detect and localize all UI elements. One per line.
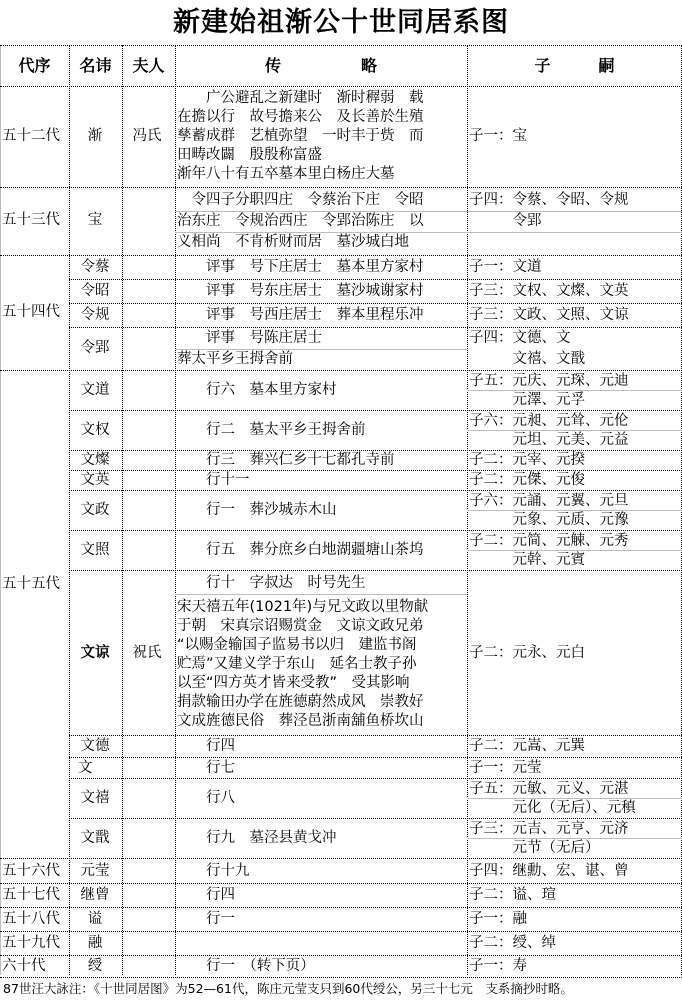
biography-line: 广公避乱之新建时 渐时稺弱 载 <box>177 89 424 108</box>
biography-line: 田畴改闢 殷殷称富盛 <box>177 146 322 165</box>
person-name: 绶 <box>69 957 121 976</box>
generation-label: 五十八代 <box>2 910 68 929</box>
grid-line <box>69 530 682 531</box>
generation-label: 六十代 <box>2 957 68 976</box>
sons-entry: 子六：元誦、元翼、元旦 <box>469 492 629 511</box>
sons-entry: 子一：融 <box>469 910 527 929</box>
grid-line <box>0 255 682 256</box>
person-name: 令郢 <box>69 339 121 358</box>
generation-label: 五十七代 <box>2 886 68 905</box>
generation-label: 五十三代 <box>2 211 68 230</box>
sons-entry: 元坦、元美、元益 <box>469 431 629 450</box>
sons-entry: 元澤、元孚 <box>469 391 585 410</box>
person-name: 令昭 <box>69 282 121 301</box>
biography-line: 孳蓄成群 艺植弥望 一时丰于赀 而 <box>177 127 424 146</box>
person-name: 文英 <box>69 471 121 490</box>
page-title: 新建始祖渐公十世同居系图 <box>0 0 682 45</box>
sons-entry: 文禧、文戬 <box>469 350 585 369</box>
biography-line: 渐年八十有五卒墓本里白杨庄大墓 <box>177 165 395 184</box>
header-biography: 传 略 <box>175 45 467 86</box>
grid-line <box>0 370 682 371</box>
person-name: 文照 <box>69 541 121 560</box>
biography-line: 评事 号下庄居士 墓本里方家村 <box>177 258 424 277</box>
sons-entry: 元幹、元賓 <box>469 551 585 570</box>
sons-entry: 子二：元宰、元揆 <box>469 451 585 470</box>
grid-line <box>0 86 682 87</box>
biography-line: 行四 <box>177 886 235 905</box>
grid-line <box>0 187 682 188</box>
grid-line <box>0 45 682 46</box>
sons-entry: 子一：寿 <box>469 957 527 976</box>
generation-label: 五十六代 <box>2 862 68 881</box>
grid-line <box>0 931 682 932</box>
sons-entry: 子二：元永、元白 <box>469 644 585 663</box>
grid-line <box>69 757 682 758</box>
biography-line: 评事 号西庄居士 葬本里程乐冲 <box>177 306 424 325</box>
biography-line: 以至“四方英才皆来受教” 受其影响 <box>177 674 410 693</box>
sons-entry: 子二：元傑、元俊 <box>469 471 585 490</box>
biography-line: 行八 <box>177 789 235 808</box>
person-name: 文戬 <box>69 829 121 848</box>
sons-entry: 子二：元简、元觫、元秀 <box>469 532 629 551</box>
person-name: 令蔡 <box>69 258 121 277</box>
grid-line <box>175 45 176 975</box>
biography-line: 行十一 <box>177 471 250 490</box>
sons-entry: 子二：谥、瑄 <box>469 886 556 905</box>
biography-line: 行十九 <box>177 862 250 881</box>
biography-line: 行九 墓泾县黄戈冲 <box>177 829 337 848</box>
sons-entry: 元象、元质、元豫 <box>469 511 629 530</box>
grid-line <box>0 858 682 859</box>
biography-line: 行一 <box>177 910 235 929</box>
grid-line <box>0 907 682 908</box>
sons-entry: 子一：文道 <box>469 258 542 277</box>
biography-line: 治东庄 令规治西庄 令郢治陈庄 以 <box>177 212 424 231</box>
biography-line: 文成旌德民俗 葬泾邑浙南舖鱼桥坎山 <box>177 712 424 731</box>
biography-line: 义相尚 不肯析财而居 墓沙城白地 <box>177 233 409 252</box>
grid-line <box>69 735 682 736</box>
sons-entry: 元节（无后） <box>469 839 600 858</box>
grid-line <box>69 279 682 280</box>
person-name: 渐 <box>69 127 121 146</box>
generation-label: 五十四代 <box>2 303 68 322</box>
grid-line <box>0 883 682 884</box>
biography-line: 令四子分职四庄 令蔡治下庄 令昭 <box>177 191 424 210</box>
biography-line: “以赐金输国子监易书以归 建监书阁 <box>177 636 417 655</box>
biography-line: 评事 号陈庄居士 <box>177 329 322 348</box>
header-sons: 子 嗣 <box>467 45 682 86</box>
header-generation: 代序 <box>0 45 69 86</box>
sons-entry: 子四：继勳、宏、谌、曾 <box>469 862 629 881</box>
biography-line: 贮焉”又建义学于东山 延名士教子孙 <box>177 655 417 674</box>
grid-line <box>69 778 682 779</box>
grid-line <box>122 45 123 975</box>
sons-entry: 子二：元嵩、元巽 <box>469 737 585 756</box>
sons-entry: 令郢 <box>469 212 542 231</box>
biography-line: 行五 葬分庶乡白地湖疆塘山茶坞 <box>177 541 424 560</box>
person-name: 文权 <box>69 421 121 440</box>
grid-line <box>69 410 682 411</box>
wife-name: 祝氏 <box>122 644 172 663</box>
sons-entry: 子五：元庆、元琛、元迪 <box>469 372 629 391</box>
biography-line: 行三 葬兴仁乡十七都孔寺前 <box>177 451 395 470</box>
person-name: 令规 <box>69 306 121 325</box>
person-name: 元莹 <box>69 862 121 881</box>
person-name: 谥 <box>69 910 121 929</box>
sons-entry: 子一：元莹 <box>469 759 542 778</box>
sons-entry: 元化（无后）、元稹 <box>469 799 636 818</box>
grid-line <box>69 490 682 491</box>
generation-label: 五十九代 <box>2 934 68 953</box>
sons-entry: 子三：文政、文照、文谅 <box>469 306 629 325</box>
header-name: 名讳 <box>69 45 122 86</box>
person-name: 文燦 <box>69 451 121 470</box>
sons-entry: 子三：元吉、元亨、元济 <box>469 820 629 839</box>
sons-entry: 子二：绶、绰 <box>469 934 556 953</box>
sons-entry: 子一：宝 <box>469 127 527 146</box>
person-name: 文谅 <box>69 644 121 663</box>
biography-line: 葬太平乡王拇舍前 <box>177 350 293 369</box>
grid-line <box>69 327 682 328</box>
biography-line: 行十 字叔达 时号先生 <box>177 574 366 593</box>
generation-label: 五十五代 <box>2 575 68 594</box>
sons-entry: 子四：文德、文 <box>469 329 571 348</box>
biography-line: 捐款输田办学在旌德蔚然成风 崇教好 <box>177 693 424 712</box>
person-name: 文禧 <box>69 789 121 808</box>
grid-line <box>69 303 682 304</box>
grid-line <box>0 977 682 978</box>
header-wife: 夫人 <box>122 45 175 86</box>
biography-line: 行七 <box>177 759 235 778</box>
biography-line: 行一 葬沙城赤木山 <box>177 501 337 520</box>
sons-entry: 子五：元敏、元义、元湛 <box>469 780 629 799</box>
biography-line: 于朝 宋真宗诏赐赏金 文谅文政兄弟 <box>177 617 424 636</box>
generation-label: 五十二代 <box>2 127 68 146</box>
frame-border <box>0 45 1 975</box>
grid-line <box>69 470 682 471</box>
biography-line: 行二 墓太平乡王拇舍前 <box>177 421 366 440</box>
footnote: 87世汪大詠注：《十世同居图》为52—61代，陈庄元莹支只到60代绶公，另三十七… <box>3 980 573 998</box>
wife-name: 冯氏 <box>122 127 172 146</box>
person-name: 继曾 <box>69 886 121 905</box>
biography-line: 评事 号东庄居士 墓沙城谢家村 <box>177 282 424 301</box>
person-name: 文政 <box>69 501 121 520</box>
person-name: 文道 <box>69 381 121 400</box>
grid-line <box>0 955 682 956</box>
sons-entry: 子六：元昶、元耸、元伦 <box>469 412 629 431</box>
grid-line <box>69 570 682 571</box>
person-name: 宝 <box>69 211 121 230</box>
biography-line: 行四 <box>177 737 235 756</box>
sub-line <box>175 594 467 595</box>
biography-line: 在擔以行 故号擔来公 及长善於生殖 <box>177 108 424 127</box>
biography-line: 宋天禧五年(1021年)与兄文政以里物献 <box>177 598 428 617</box>
person-name: 文德 <box>69 737 121 756</box>
person-name: 融 <box>69 934 121 953</box>
sons-entry: 子三：文权、文燦、文英 <box>469 282 629 301</box>
biography-line: 行一 （转下页） <box>177 957 315 976</box>
grid-line <box>69 818 682 819</box>
person-name: 文 <box>78 759 130 778</box>
biography-line: 行六 墓本里方家村 <box>177 381 337 400</box>
sons-entry: 子四：令蔡、令昭、令规 <box>469 191 629 210</box>
